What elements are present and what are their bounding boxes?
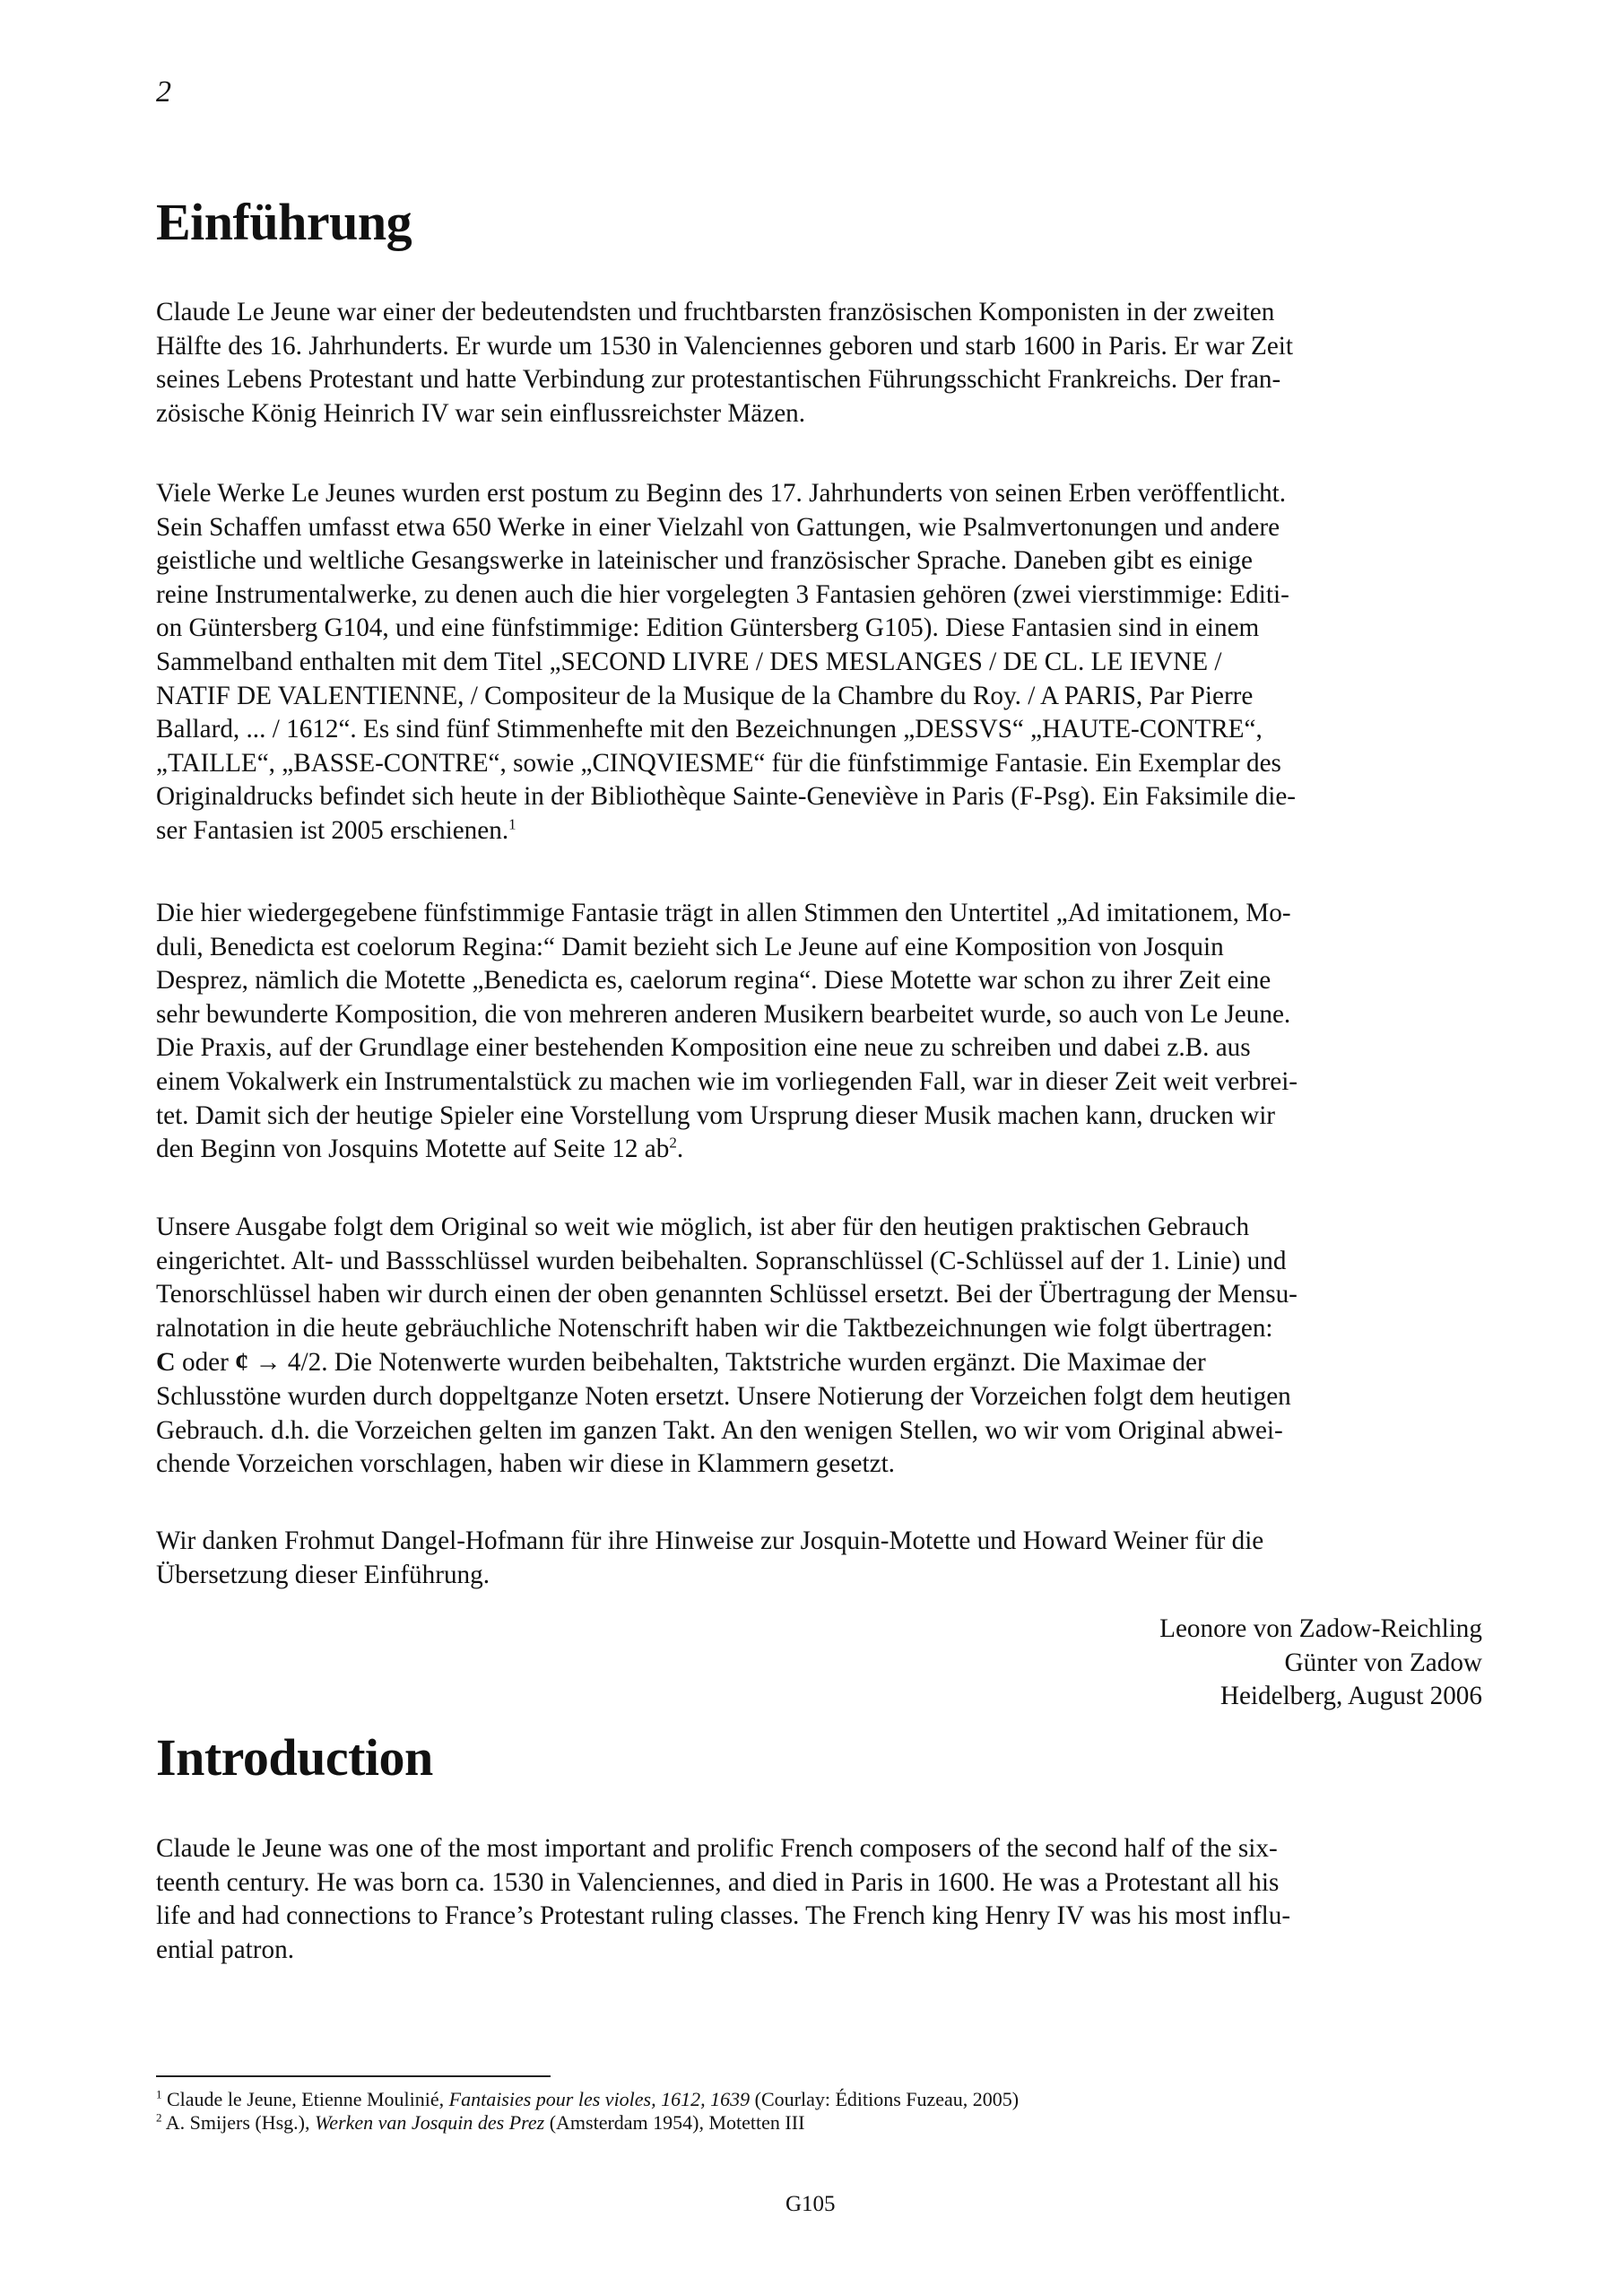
text-line: Viele Werke Le Jeunes wurden erst postum… bbox=[156, 477, 1485, 511]
text-line: on Güntersberg G104, und eine fünfstimmi… bbox=[156, 612, 1485, 646]
text-line: reine Instrumentalwerke, zu denen auch d… bbox=[156, 578, 1485, 613]
text-line: Tenorschlüssel haben wir durch einen der… bbox=[156, 1278, 1485, 1312]
footnote-rule bbox=[156, 2075, 551, 2077]
text-segment: oder bbox=[176, 1348, 235, 1377]
text-line: Unsere Ausgabe folgt dem Original so wei… bbox=[156, 1211, 1485, 1245]
signature-block: Leonore von Zadow-Reichling Günter von Z… bbox=[1159, 1613, 1482, 1714]
text-segment: den Beginn von Josquins Motette auf Seit… bbox=[156, 1135, 669, 1163]
footnotes: 1 Claude le Jeune, Etienne Moulinié, Fan… bbox=[156, 2088, 1019, 2135]
text-segment: → 4/2. Die Notenwerte wurden beibehalten… bbox=[248, 1348, 1206, 1377]
german-paragraph-2: Viele Werke Le Jeunes wurden erst postum… bbox=[156, 477, 1485, 848]
text-line: ser Fantasien ist 2005 erschienen.1 bbox=[156, 814, 1485, 848]
text-line: Die Praxis, auf der Grundlage einer best… bbox=[156, 1031, 1485, 1065]
text-line: ential patron. bbox=[156, 1934, 1485, 1968]
text-line: Ballard, ... / 1612“. Es sind fünf Stimm… bbox=[156, 713, 1485, 747]
german-paragraph-1: Claude Le Jeune war einer der bedeutends… bbox=[156, 296, 1485, 430]
heading-introduction: Introduction bbox=[156, 1727, 433, 1787]
page-number: 2 bbox=[156, 75, 171, 109]
text-line: NATIF DE VALENTIENNE, / Compositeur de l… bbox=[156, 680, 1485, 714]
text-line: Originaldrucks befindet sich heute in de… bbox=[156, 780, 1485, 814]
text-line: chende Vorzeichen vorschlagen, haben wir… bbox=[156, 1448, 1485, 1482]
signature-place-date: Heidelberg, August 2006 bbox=[1159, 1680, 1482, 1714]
signature-author-2: Günter von Zadow bbox=[1159, 1647, 1482, 1681]
text-line: Gebrauch. d.h. die Vorzeichen gelten im … bbox=[156, 1414, 1485, 1448]
text-line: Die hier wiedergegebene fünfstimmige Fan… bbox=[156, 897, 1485, 931]
footnote-ref-1[interactable]: 1 bbox=[508, 815, 516, 832]
text-line: duli, Benedicta est coelorum Regina:“ Da… bbox=[156, 931, 1485, 965]
text-line: eingerichtet. Alt- und Bassschlüssel wur… bbox=[156, 1245, 1485, 1279]
text-line: Übersetzung dieser Einführung. bbox=[156, 1559, 1485, 1593]
text-line: Desprez, nämlich die Motette „Benedicta … bbox=[156, 964, 1485, 998]
footnote-text: A. Smijers (Hsg.), bbox=[162, 2111, 316, 2134]
footnote-2: 2 A. Smijers (Hsg.), Werken van Josquin … bbox=[156, 2111, 1019, 2135]
text-line: life and had connections to France’s Pro… bbox=[156, 1900, 1485, 1934]
german-paragraph-4: Unsere Ausgabe folgt dem Original so wei… bbox=[156, 1211, 1485, 1482]
text-line: seines Lebens Protestant und hatte Verbi… bbox=[156, 363, 1485, 397]
footnote-1: 1 Claude le Jeune, Etienne Moulinié, Fan… bbox=[156, 2088, 1019, 2111]
text-line: Schlusstöne wurden durch doppeltganze No… bbox=[156, 1380, 1485, 1414]
heading-einfuehrung: Einführung bbox=[156, 192, 412, 252]
text-line: Sein Schaffen umfasst etwa 650 Werke in … bbox=[156, 511, 1485, 545]
text-line: tet. Damit sich der heutige Spieler eine… bbox=[156, 1100, 1485, 1134]
cut-time-icon: ¢ bbox=[235, 1347, 248, 1377]
text-line: Claude le Jeune was one of the most impo… bbox=[156, 1832, 1485, 1866]
text-line: Sammelband enthalten mit dem Titel „SECO… bbox=[156, 646, 1485, 680]
footnote-ref-2[interactable]: 2 bbox=[669, 1134, 677, 1151]
footnote-text: (Amsterdam 1954), Motetten III bbox=[544, 2111, 804, 2134]
text-segment: ser Fantasien ist 2005 erschienen. bbox=[156, 816, 508, 845]
text-line: ralnotation in die heute gebräuchliche N… bbox=[156, 1312, 1485, 1346]
text-line: Wir danken Frohmut Dangel-Hofmann für ih… bbox=[156, 1525, 1485, 1559]
text-line: zösische König Heinrich IV war sein einf… bbox=[156, 397, 1485, 431]
footnote-title: Werken van Josquin des Prez bbox=[315, 2111, 544, 2134]
text-line: teenth century. He was born ca. 1530 in … bbox=[156, 1866, 1485, 1900]
text-line: Hälfte des 16. Jahrhunderts. Er wurde um… bbox=[156, 330, 1485, 364]
footnote-title: Fantaisies pour les violes, 1612, 1639 bbox=[449, 2088, 750, 2110]
footnote-text: (Courlay: Éditions Fuzeau, 2005) bbox=[750, 2088, 1019, 2110]
text-segment: . bbox=[677, 1135, 683, 1163]
text-line: C oder ¢ → 4/2. Die Notenwerte wurden be… bbox=[156, 1345, 1485, 1380]
text-line: sehr bewunderte Komposition, die von meh… bbox=[156, 998, 1485, 1032]
footnote-text: Claude le Jeune, Etienne Moulinié, bbox=[162, 2088, 449, 2110]
text-line: Claude Le Jeune war einer der bedeutends… bbox=[156, 296, 1485, 330]
common-time-icon: C bbox=[156, 1347, 176, 1377]
text-line: einem Vokalwerk ein Instrumentalstück zu… bbox=[156, 1065, 1485, 1100]
text-line: geistliche und weltliche Gesangswerke in… bbox=[156, 544, 1485, 578]
text-line: „TAILLE“, „BASSE-CONTRE“, sowie „CINQVIE… bbox=[156, 747, 1485, 781]
text-line: den Beginn von Josquins Motette auf Seit… bbox=[156, 1133, 1485, 1167]
english-paragraph-1: Claude le Jeune was one of the most impo… bbox=[156, 1832, 1485, 1967]
german-paragraph-3: Die hier wiedergegebene fünfstimmige Fan… bbox=[156, 897, 1485, 1167]
footer-edition-code: G105 bbox=[785, 2192, 836, 2217]
signature-author-1: Leonore von Zadow-Reichling bbox=[1159, 1613, 1482, 1647]
german-paragraph-5: Wir danken Frohmut Dangel-Hofmann für ih… bbox=[156, 1525, 1485, 1592]
